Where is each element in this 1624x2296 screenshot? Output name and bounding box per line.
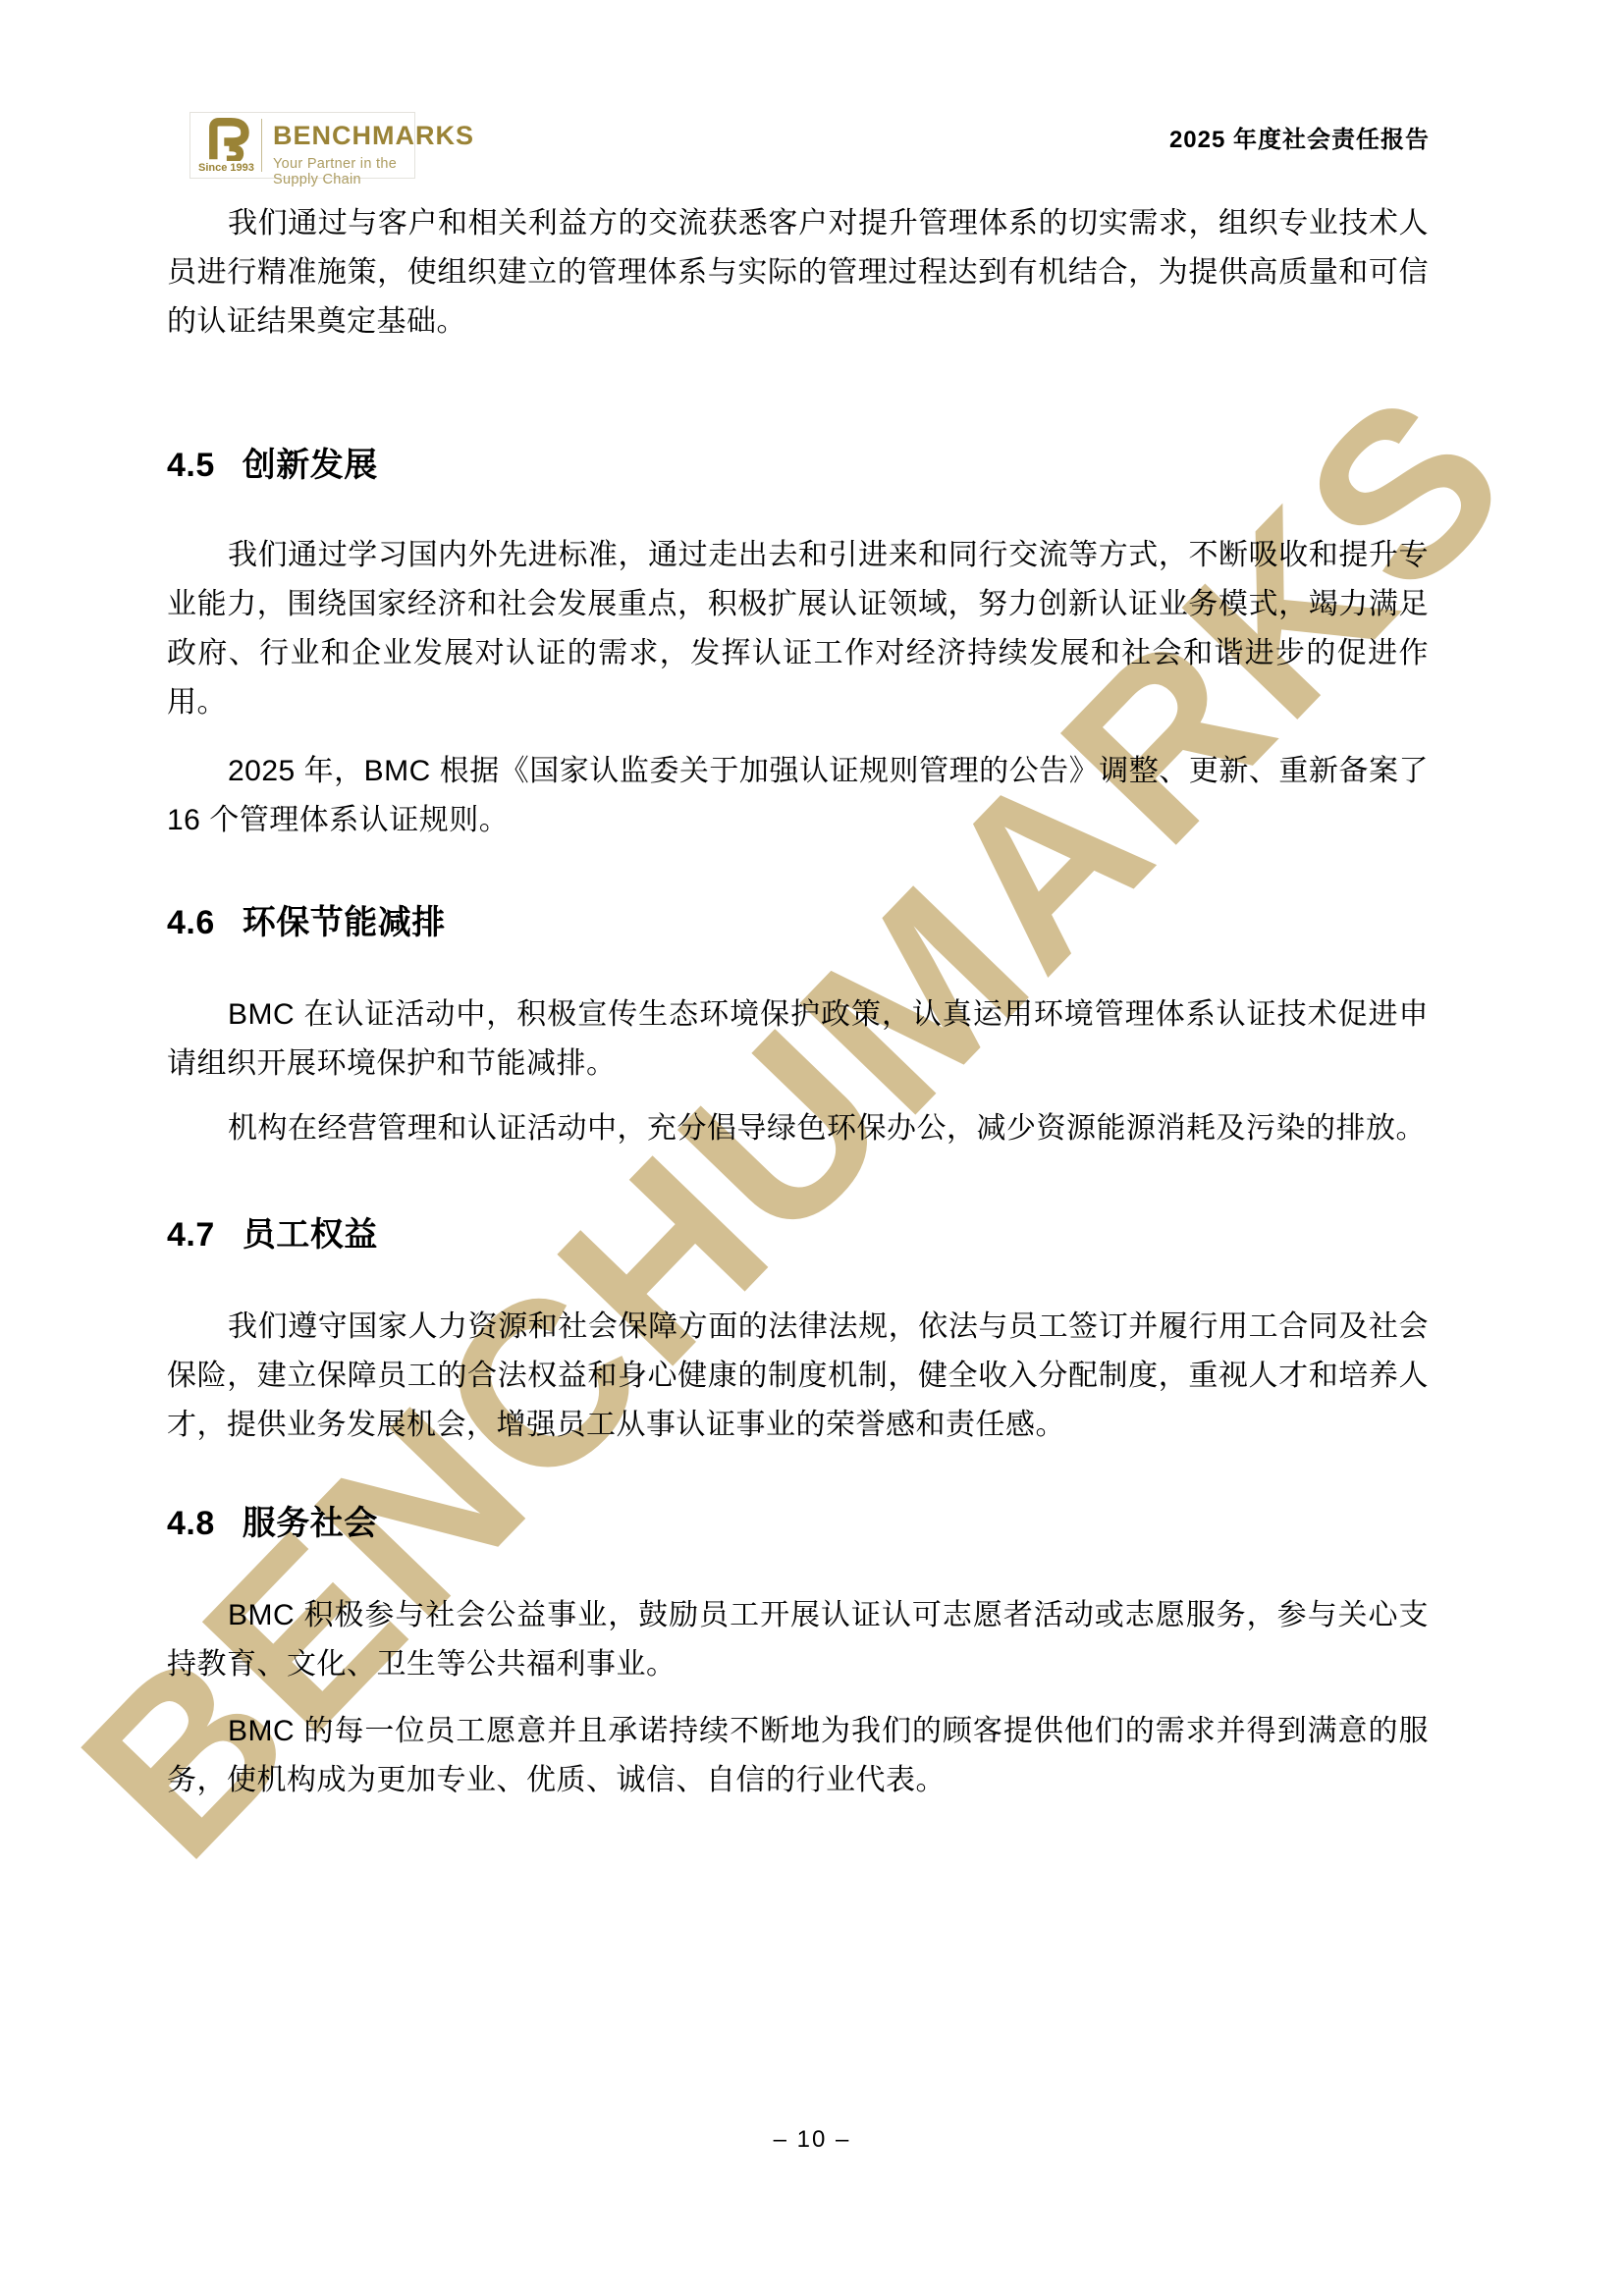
- section-number: 4.6: [167, 900, 215, 945]
- paragraph: 2025 年，BMC 根据《国家认监委关于加强认证规则管理的公告》调整、更新、重…: [167, 747, 1429, 845]
- section-title: 服务社会: [243, 1501, 378, 1546]
- page-content: Since 1993 BENCHMARKS Your Partner in th…: [0, 0, 1624, 2296]
- section-number: 4.8: [167, 1501, 215, 1546]
- section-title: 员工权益: [243, 1212, 378, 1257]
- section-number: 4.7: [167, 1212, 215, 1257]
- report-page: BENCHUMARKS Since 1993 BENCHMARKS Your P…: [0, 0, 1624, 2296]
- paragraph: 我们通过学习国内外先进标准，通过走出去和引进来和同行交流等方式，不断吸收和提升专…: [167, 531, 1429, 727]
- section-heading-4-8: 4.8 服务社会: [167, 1501, 1429, 1546]
- section-title: 环保节能减排: [243, 900, 446, 945]
- page-number: – 10 –: [0, 2126, 1624, 2154]
- paragraph: BMC 的每一位员工愿意并且承诺持续不断地为我们的顾客提供他们的需求并得到满意的…: [167, 1707, 1429, 1805]
- paragraph: BMC 在认证活动中，积极宣传生态环境保护政策，认真运用环境管理体系认证技术促进…: [167, 990, 1429, 1089]
- section-heading-4-5: 4.5 创新发展: [167, 443, 1429, 488]
- document-body: 我们通过与客户和相关利益方的交流获悉客户对提升管理体系的切实需求，组织专业技术人…: [167, 0, 1429, 1805]
- section-title: 创新发展: [243, 443, 378, 488]
- section-heading-4-7: 4.7 员工权益: [167, 1212, 1429, 1257]
- paragraph: 机构在经营管理和认证活动中，充分倡导绿色环保办公，减少资源能源消耗及污染的排放。: [167, 1104, 1429, 1153]
- paragraph: 我们通过与客户和相关利益方的交流获悉客户对提升管理体系的切实需求，组织专业技术人…: [167, 199, 1429, 347]
- section-number: 4.5: [167, 443, 215, 488]
- section-heading-4-6: 4.6 环保节能减排: [167, 900, 1429, 945]
- paragraph: 我们遵守国家人力资源和社会保障方面的法律法规，依法与员工签订并履行用工合同及社会…: [167, 1303, 1429, 1450]
- paragraph: BMC 积极参与社会公益事业，鼓励员工开展认证认可志愿者活动或志愿服务，参与关心…: [167, 1591, 1429, 1689]
